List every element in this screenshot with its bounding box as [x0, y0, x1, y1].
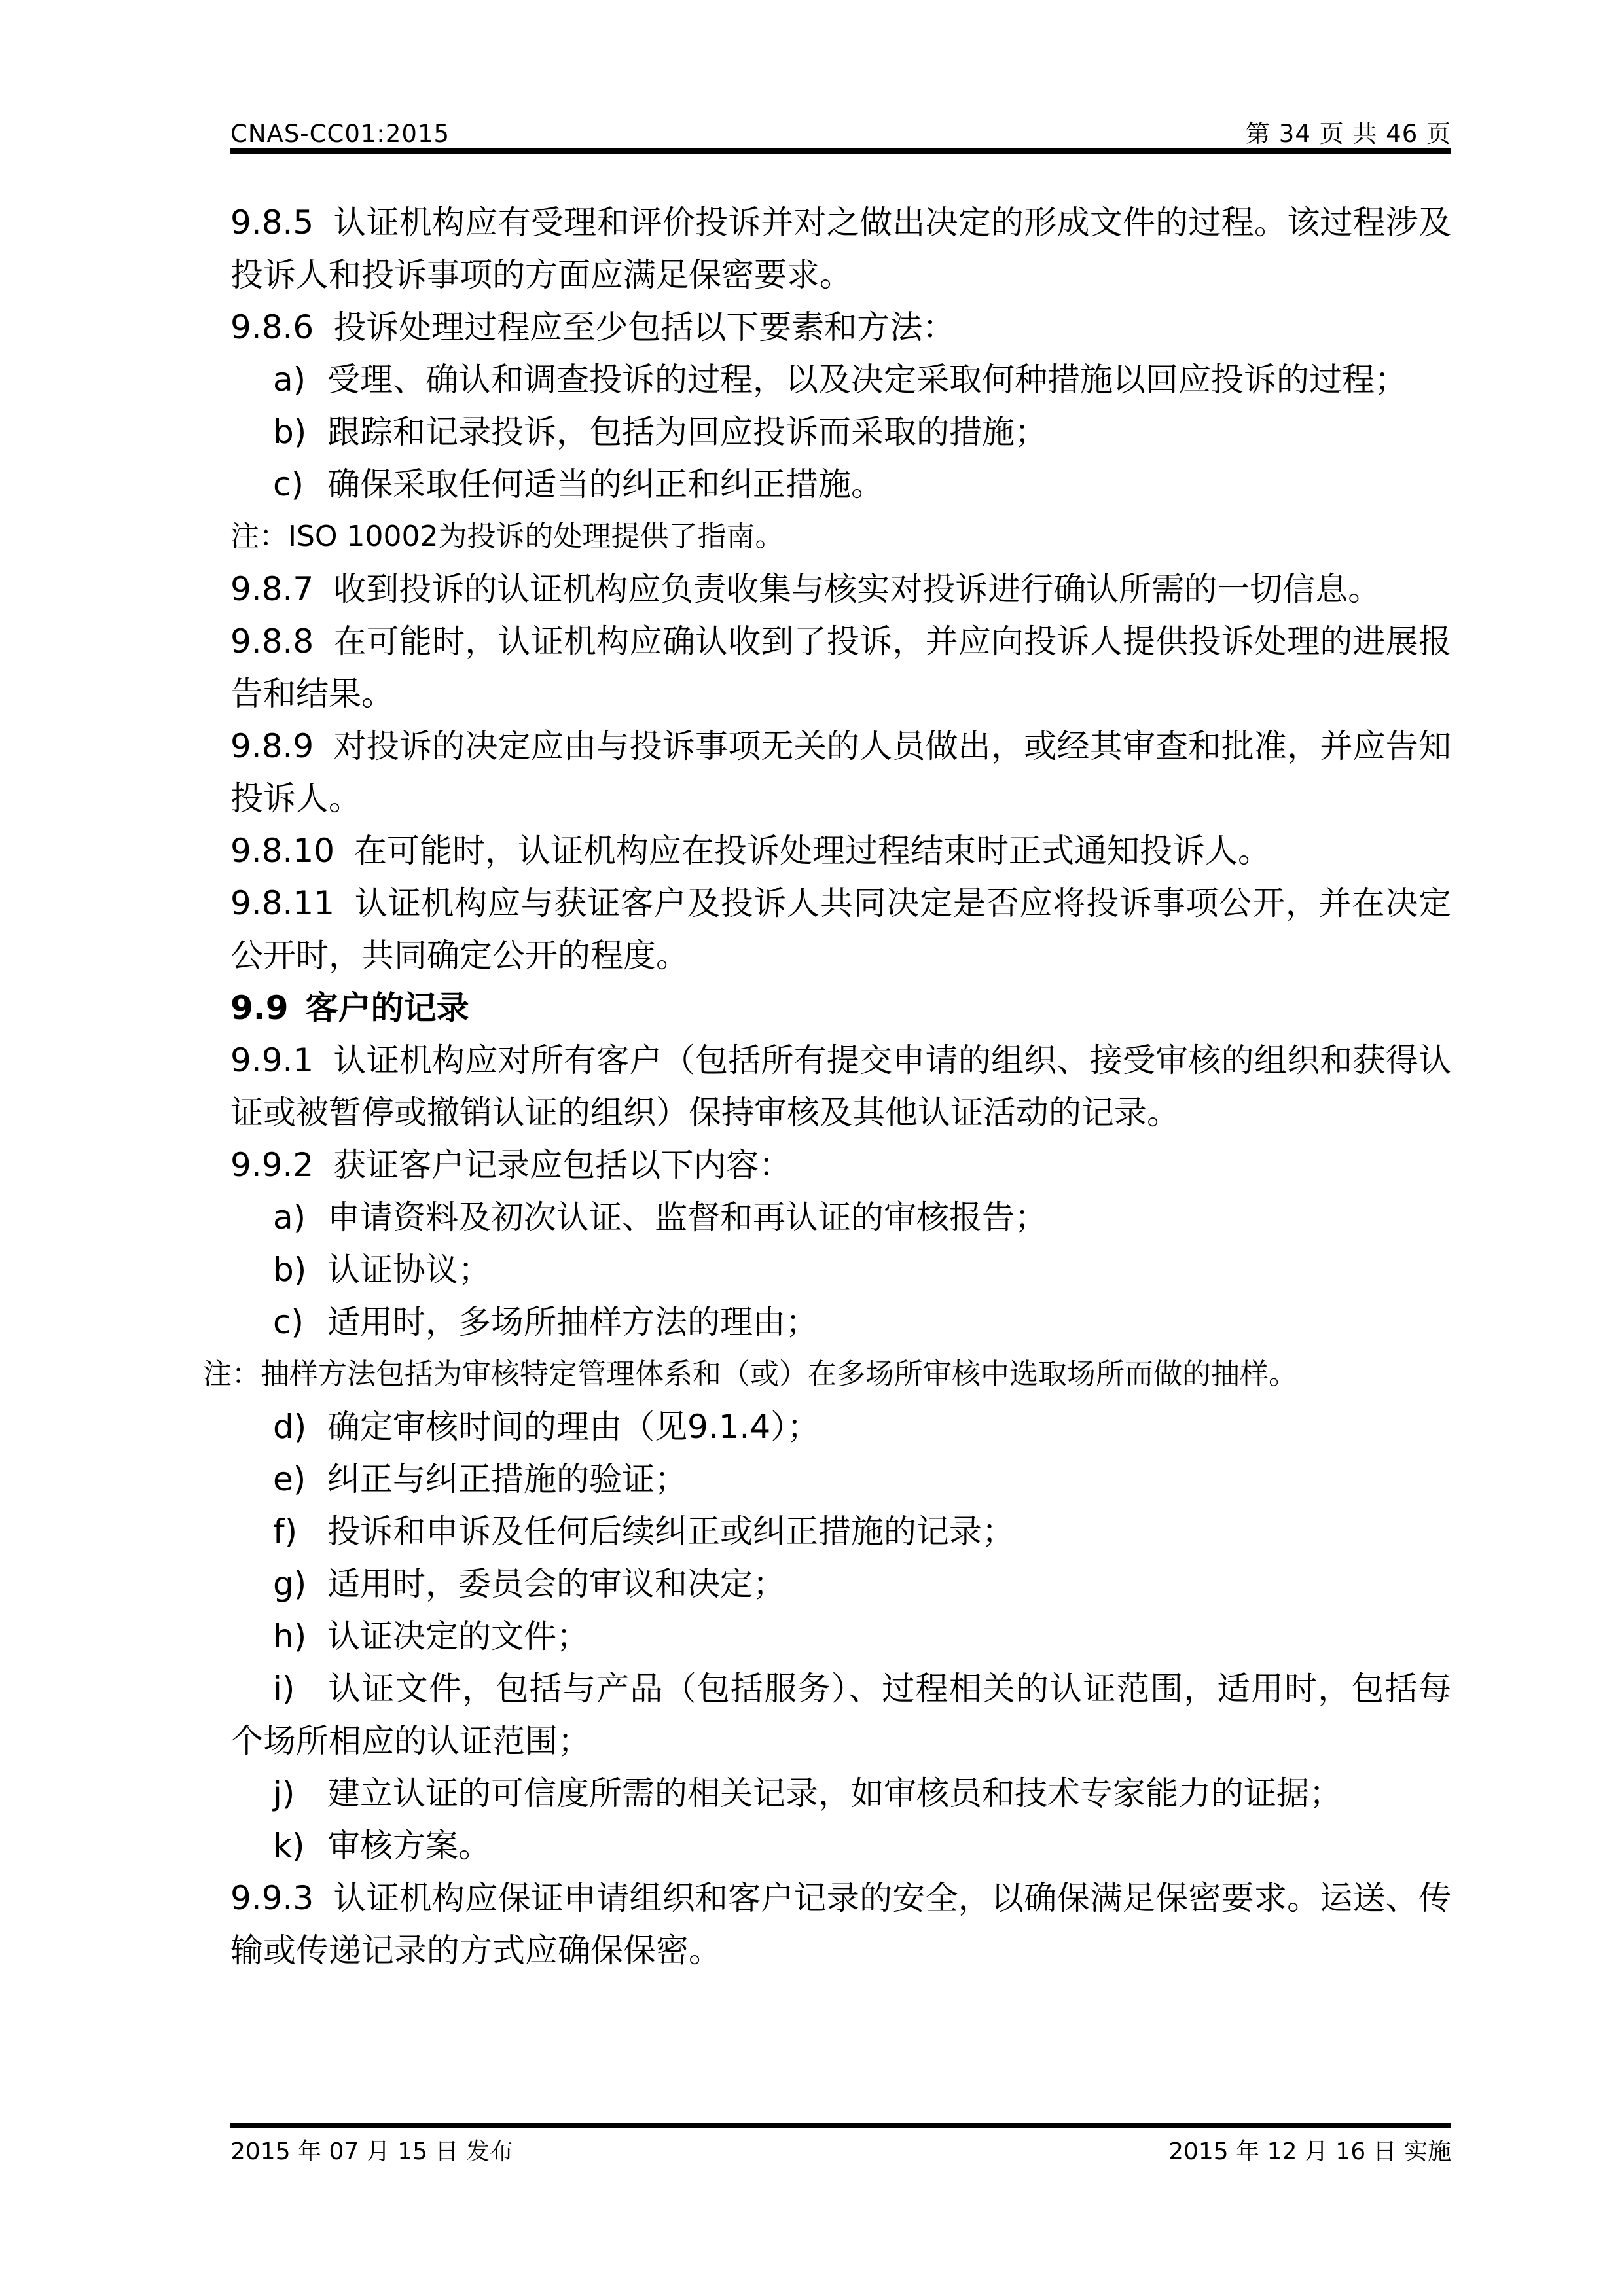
item-marker: h) — [273, 1610, 327, 1662]
item-text: 申请资料及初次认证、监督和再认证的审核报告； — [327, 1198, 1047, 1236]
item-text: 跟踪和记录投诉，包括为回应投诉而采取的措施； — [327, 413, 1047, 451]
list-item-i: i)认证文件，包括与产品（包括服务）、过程相关的认证范围，适用时，包括每个场所相… — [230, 1662, 1451, 1767]
item-marker: a) — [273, 1191, 327, 1244]
item-marker: j) — [273, 1767, 327, 1820]
document-body: 9.8.5认证机构应有受理和评价投诉并对之做出决定的形成文件的过程。该过程涉及投… — [230, 196, 1451, 1977]
para-9.8.7: 9.8.7收到投诉的认证机构应负责收集与核实对投诉进行确认所需的一切信息。 — [230, 563, 1451, 615]
page-footer: 2015 年 07 月 15 日 发布 2015 年 12 月 16 日 实施 — [230, 2135, 1451, 2169]
section-text: 认证机构应与获证客户及投诉人共同决定是否应将投诉事项公开，并在决定公开时，共同确… — [230, 884, 1451, 975]
section-number: 9.8.8 — [230, 615, 314, 668]
item-text: 认证协议； — [327, 1251, 491, 1289]
para-9.8.9: 9.8.9对投诉的决定应由与投诉事项无关的人员做出，或经其审查和批准，并应告知投… — [230, 720, 1451, 825]
item-marker: b) — [273, 1244, 327, 1296]
item-marker: d) — [273, 1401, 327, 1453]
item-marker: c) — [273, 458, 327, 511]
section-number: 9.8.10 — [230, 825, 334, 877]
section-text: 收到投诉的认证机构应负责收集与核实对投诉进行确认所需的一切信息。 — [333, 570, 1380, 608]
list-item-g: g)适用时，委员会的审议和决定； — [230, 1558, 1451, 1610]
item-marker: e) — [273, 1453, 327, 1505]
list-item-d: d)确定审核时间的理由（见9.1.4）； — [230, 1401, 1451, 1453]
note-iso-10002: 注：ISO 10002为投诉的处理提供了指南。 — [230, 511, 1451, 563]
section-text: 在可能时，认证机构应确认收到了投诉，并应向投诉人提供投诉处理的进展报告和结果。 — [230, 622, 1451, 713]
para-9.8.6: 9.8.6投诉处理过程应至少包括以下要素和方法： — [230, 301, 1451, 353]
item-marker: g) — [273, 1558, 327, 1610]
section-number: 9.9.2 — [230, 1139, 314, 1191]
item-marker: k) — [273, 1820, 327, 1872]
list-item-j: j)建立认证的可信度所需的相关记录，如审核员和技术专家能力的证据； — [230, 1767, 1451, 1820]
list-item-k: k)审核方案。 — [230, 1820, 1451, 1872]
section-text: 在可能时，认证机构应在投诉处理过程结束时正式通知投诉人。 — [354, 832, 1271, 870]
para-9.9.1: 9.9.1认证机构应对所有客户（包括所有提交申请的组织、接受审核的组织和获得认证… — [230, 1034, 1451, 1139]
issue-date: 2015 年 07 月 15 日 发布 — [230, 2135, 513, 2169]
item-text: 适用时，多场所抽样方法的理由； — [327, 1303, 818, 1341]
para-9.8.8: 9.8.8在可能时，认证机构应确认收到了投诉，并应向投诉人提供投诉处理的进展报告… — [230, 615, 1451, 720]
item-marker: f) — [273, 1505, 327, 1558]
section-number: 9.8.5 — [230, 196, 314, 249]
section-number: 9.8.7 — [230, 563, 314, 615]
para-9.8.10: 9.8.10在可能时，认证机构应在投诉处理过程结束时正式通知投诉人。 — [230, 825, 1451, 877]
para-9.8.11: 9.8.11认证机构应与获证客户及投诉人共同决定是否应将投诉事项公开，并在决定公… — [230, 877, 1451, 982]
list-item-c: c)确保采取任何适当的纠正和纠正措施。 — [230, 458, 1451, 511]
item-marker: a) — [273, 353, 327, 406]
para-9.8.5: 9.8.5认证机构应有受理和评价投诉并对之做出决定的形成文件的过程。该过程涉及投… — [230, 196, 1451, 301]
doc-code: CNAS-CC01:2015 — [230, 120, 450, 148]
item-marker: c) — [273, 1296, 327, 1348]
page-indicator: 第 34 页 共 46 页 — [1246, 114, 1451, 149]
item-marker: b) — [273, 406, 327, 458]
item-marker: i) — [273, 1662, 327, 1715]
section-number: 9.9.3 — [230, 1872, 314, 1924]
section-number: 9.8.11 — [230, 877, 334, 929]
list-item-a: a)申请资料及初次认证、监督和再认证的审核报告； — [230, 1191, 1451, 1244]
list-item-a: a)受理、确认和调查投诉的过程，以及决定采取何种措施以回应投诉的过程； — [230, 353, 1451, 406]
document-page: CNAS-CC01:2015 第 34 页 共 46 页 9.8.5认证机构应有… — [0, 0, 1624, 2296]
section-number: 9.9 — [230, 982, 289, 1034]
item-text: 确定审核时间的理由（见9.1.4）； — [327, 1408, 820, 1446]
list-item-e: e)纠正与纠正措施的验证； — [230, 1453, 1451, 1505]
implementation-date: 2015 年 12 月 16 日 实施 — [1168, 2135, 1451, 2169]
item-text: 确保采取任何适当的纠正和纠正措施。 — [327, 465, 884, 503]
section-title: 客户的记录 — [306, 989, 469, 1027]
list-item-c: c)适用时，多场所抽样方法的理由； — [230, 1296, 1451, 1348]
item-text: 受理、确认和调查投诉的过程，以及决定采取何种措施以回应投诉的过程； — [327, 361, 1407, 399]
para-9.9.2: 9.9.2获证客户记录应包括以下内容： — [230, 1139, 1451, 1191]
item-text: 认证文件，包括与产品（包括服务）、过程相关的认证范围，适用时，包括每个场所相应的… — [230, 1670, 1451, 1760]
para-9.9.3: 9.9.3认证机构应保证申请组织和客户记录的安全，以确保满足保密要求。运送、传输… — [230, 1872, 1451, 1977]
section-text: 获证客户记录应包括以下内容： — [333, 1146, 791, 1184]
item-text: 纠正与纠正措施的验证； — [327, 1460, 687, 1498]
section-text: 对投诉的决定应由与投诉事项无关的人员做出，或经其审查和批准，并应告知投诉人。 — [230, 727, 1451, 817]
list-item-b: b)跟踪和记录投诉，包括为回应投诉而采取的措施； — [230, 406, 1451, 458]
section-number: 9.8.6 — [230, 301, 314, 353]
item-text: 适用时，委员会的审议和决定； — [327, 1565, 785, 1603]
item-text: 投诉和申诉及任何后续纠正或纠正措施的记录； — [327, 1513, 1015, 1551]
item-text: 审核方案。 — [327, 1827, 491, 1865]
section-heading-9.9: 9.9客户的记录 — [230, 982, 1451, 1034]
list-item-h: h)认证决定的文件； — [230, 1610, 1451, 1662]
section-number: 9.8.9 — [230, 720, 314, 772]
header-rule — [230, 148, 1451, 154]
section-text: 投诉处理过程应至少包括以下要素和方法： — [333, 308, 955, 346]
list-item-f: f)投诉和申诉及任何后续纠正或纠正措施的记录； — [230, 1505, 1451, 1558]
list-item-b: b)认证协议； — [230, 1244, 1451, 1296]
section-text: 认证机构应保证申请组织和客户记录的安全，以确保满足保密要求。运送、传输或传递记录… — [230, 1879, 1451, 1969]
section-number: 9.9.1 — [230, 1034, 314, 1086]
item-text: 建立认证的可信度所需的相关记录，如审核员和技术专家能力的证据； — [327, 1774, 1342, 1812]
section-text: 认证机构应有受理和评价投诉并对之做出决定的形成文件的过程。该过程涉及投诉人和投诉… — [230, 204, 1451, 294]
item-text: 认证决定的文件； — [327, 1617, 589, 1655]
page-header: CNAS-CC01:2015 第 34 页 共 46 页 — [230, 114, 1451, 149]
note-sampling: 注：抽样方法包括为审核特定管理体系和（或）在多场所审核中选取场所而做的抽样。 — [230, 1348, 1451, 1401]
footer-rule — [230, 2123, 1451, 2128]
section-text: 认证机构应对所有客户（包括所有提交申请的组织、接受审核的组织和获得认证或被暂停或… — [230, 1041, 1451, 1132]
